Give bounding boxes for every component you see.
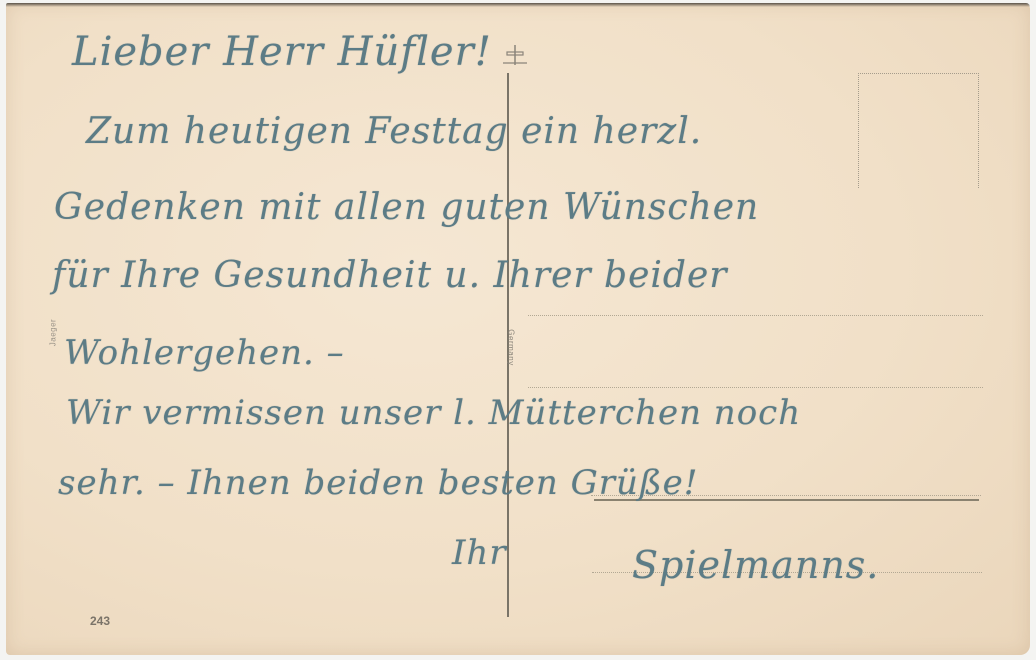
handwritten-line-4: Wohlergehen. – [64,333,345,373]
postcard-back: Germany Jaeger 243 Lieber Herr Hüfler! Z… [6,3,1030,655]
country-imprint: Germany [507,313,516,383]
handwritten-salutation: Lieber Herr Hüfler! [72,29,492,75]
handwritten-line-2: Gedenken mit allen guten Wünschen [54,187,759,228]
address-line-1 [528,315,983,316]
handwritten-closing: Ihr [452,533,507,573]
handwritten-signature: Spielmanns. [632,543,879,587]
handwritten-line-5: Wir vermissen unser l. Mütterchen noch [66,393,801,433]
handwritten-line-1: Zum heutigen Festtag ein herzl. [86,111,702,152]
card-edge-shadow [6,3,1030,7]
publisher-imprint: Jaeger [49,308,58,358]
publisher-logo-icon [501,43,529,67]
stamp-box [858,73,979,188]
handwritten-line-6: sehr. – Ihnen beiden besten Grüße! [58,463,698,503]
handwritten-line-3: für Ihre Gesundheit u. Ihrer beider [52,255,727,296]
card-number: 243 [90,614,110,628]
address-line-2 [528,387,983,388]
